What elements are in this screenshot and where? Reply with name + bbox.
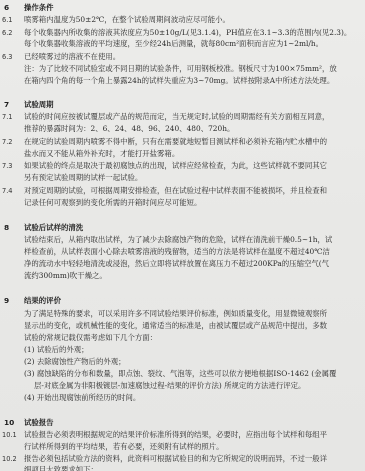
- paragraph-text: 净的流动水中轻轻地清洗或浸泡，然后立即将试样放置在离压力不超过200KPa的压缩…: [24, 259, 329, 269]
- clause-number: 6.3: [2, 52, 13, 62]
- clause-text: 盐水而又不能从箱外补充时，才能打开盐雾箱。: [24, 149, 179, 159]
- clause-text: 试验报告必须表明根据规定的结果评价标准所得到的结果，必要时，应指出每个试样和每组…: [24, 430, 327, 440]
- document-page: 6 操作条件 6.1 喷雾箱内温度为50±2℃，在整个试验周期间波动应尽可能小。…: [0, 0, 365, 471]
- list-text: (3) 腐蚀缺陷的分布和数量，即点蚀、裂纹、气泡等，这些可以依方便地根据ISO-…: [24, 369, 336, 379]
- section-title: 试验报告: [24, 418, 54, 428]
- section-number: 6: [4, 3, 9, 13]
- paragraph-text: 为了满足特殊的要求，可以采用许多不同试验结果评价标准，例如质量变化，用显微镜观察…: [24, 309, 327, 319]
- clause-text: 记录任何可观察到的变化所需的开箱时间应尽可能短。: [24, 198, 201, 208]
- note-text: 在箱内四个角的每一个角上暴露24h的试样失重应为3~70mg。试样按附录A中所述…: [24, 76, 334, 86]
- section-title: 结果的评价: [24, 296, 61, 306]
- clause-text: 另有预定试验周期的试样一起试验。: [24, 173, 142, 183]
- clause-number: 7.4: [2, 186, 13, 196]
- clause-text: 在规定的试验周期内喷雾不得中断，只有在需要就地短暂目测试样和必须补充箱内贮水槽中…: [24, 137, 327, 147]
- clause-number: 10.2: [2, 454, 17, 464]
- clause-text: 对预定周期的试验，可根据周期安排检查，但在试验过程中试样表面不能被损坏，并且检查…: [24, 186, 327, 196]
- list-text: (2) 去除腐蚀性产物后的外观；: [24, 357, 126, 367]
- section-number: 9: [4, 296, 9, 306]
- section-title: 试验周期: [24, 100, 54, 110]
- clause-text: 已经喷雾过的溶液不在使用。: [24, 52, 120, 62]
- clause-text: 行试样所得到的平均结果，若有必要，还须附有试样的照片。: [24, 442, 224, 452]
- clause-number: 7.3: [2, 161, 13, 171]
- section-title: 试验后试样的清洗: [24, 223, 83, 233]
- clause-text: 报告必须包括试验方法的资料，此资料可根据试验目的和为它所规定的说明而异，不过一般…: [24, 454, 327, 464]
- section-title: 操作条件: [24, 3, 54, 13]
- paragraph-text: 试验的常规记载仅需考虑如下几个方面：: [24, 333, 157, 343]
- paragraph-text: 显示出的变化，或机械性能的变化，通常适当的标准是，由被试覆层或产品规范中提出，多…: [24, 321, 327, 331]
- paragraph-text: 流约300mm)吹干燥之。: [24, 271, 107, 281]
- clause-text: 细项目大致要求如下：: [24, 465, 98, 471]
- clause-text: 如果试验的终点是取决于最初腐蚀点的出现，试样应经常检查，为此，这些试样就不要同其…: [24, 161, 327, 171]
- clause-number: 7.1: [2, 112, 13, 122]
- paragraph-text: 试验结束后，从箱内取出试样，为了减少去除腐蚀产物的危险，试样在清洗前干燥0.5~…: [24, 235, 332, 245]
- clause-text: 试验的时间应按被试覆层或产品的规范而定，当无规定时,试验的周期需经有关方面相互同…: [24, 112, 329, 122]
- clause-number: 6.1: [2, 15, 13, 25]
- clause-number: 7.2: [2, 137, 13, 147]
- clause-text: 推荐的暴露时间为：2、6、24、48、96、240、480、720h。: [24, 124, 234, 134]
- clause-text: 喷雾箱内温度为50±2℃，在整个试验周期间波动应尽可能小。: [24, 15, 230, 25]
- clause-number: 6.2: [2, 28, 13, 38]
- clause-text: 每个收集器收集溶液的平均速度，至少经24h后测量，就每80cm²面积而言应为1~…: [24, 39, 323, 49]
- section-number: 8: [4, 223, 9, 233]
- section-number: 7: [4, 100, 9, 110]
- list-text: (4) 开始出现腐蚀前所经历的时间。: [24, 393, 140, 403]
- paragraph-text: 样检查前，从试样表面小心除去喷雾溶液的残留物，适当的方法是将试样在温度不超过40…: [24, 247, 330, 257]
- list-text: (1) 试验后的外观；: [24, 345, 89, 355]
- section-number: 10: [4, 418, 14, 428]
- note-text: 注：为了比较不同试验室或不同日期的试验条件，可用钢板校准。钢板尺寸为100×75…: [24, 64, 337, 74]
- clause-number: 10.1: [2, 430, 17, 440]
- clause-text: 每个收集器内所收集的溶液其浓度应为50±10g/L(见3.1.4)，PH值应在3…: [24, 28, 351, 38]
- list-text: 层-对底金属为非阳极镀层-加速腐蚀过程-结果的评价方法) 所规定的方法进行评定。: [34, 381, 305, 391]
